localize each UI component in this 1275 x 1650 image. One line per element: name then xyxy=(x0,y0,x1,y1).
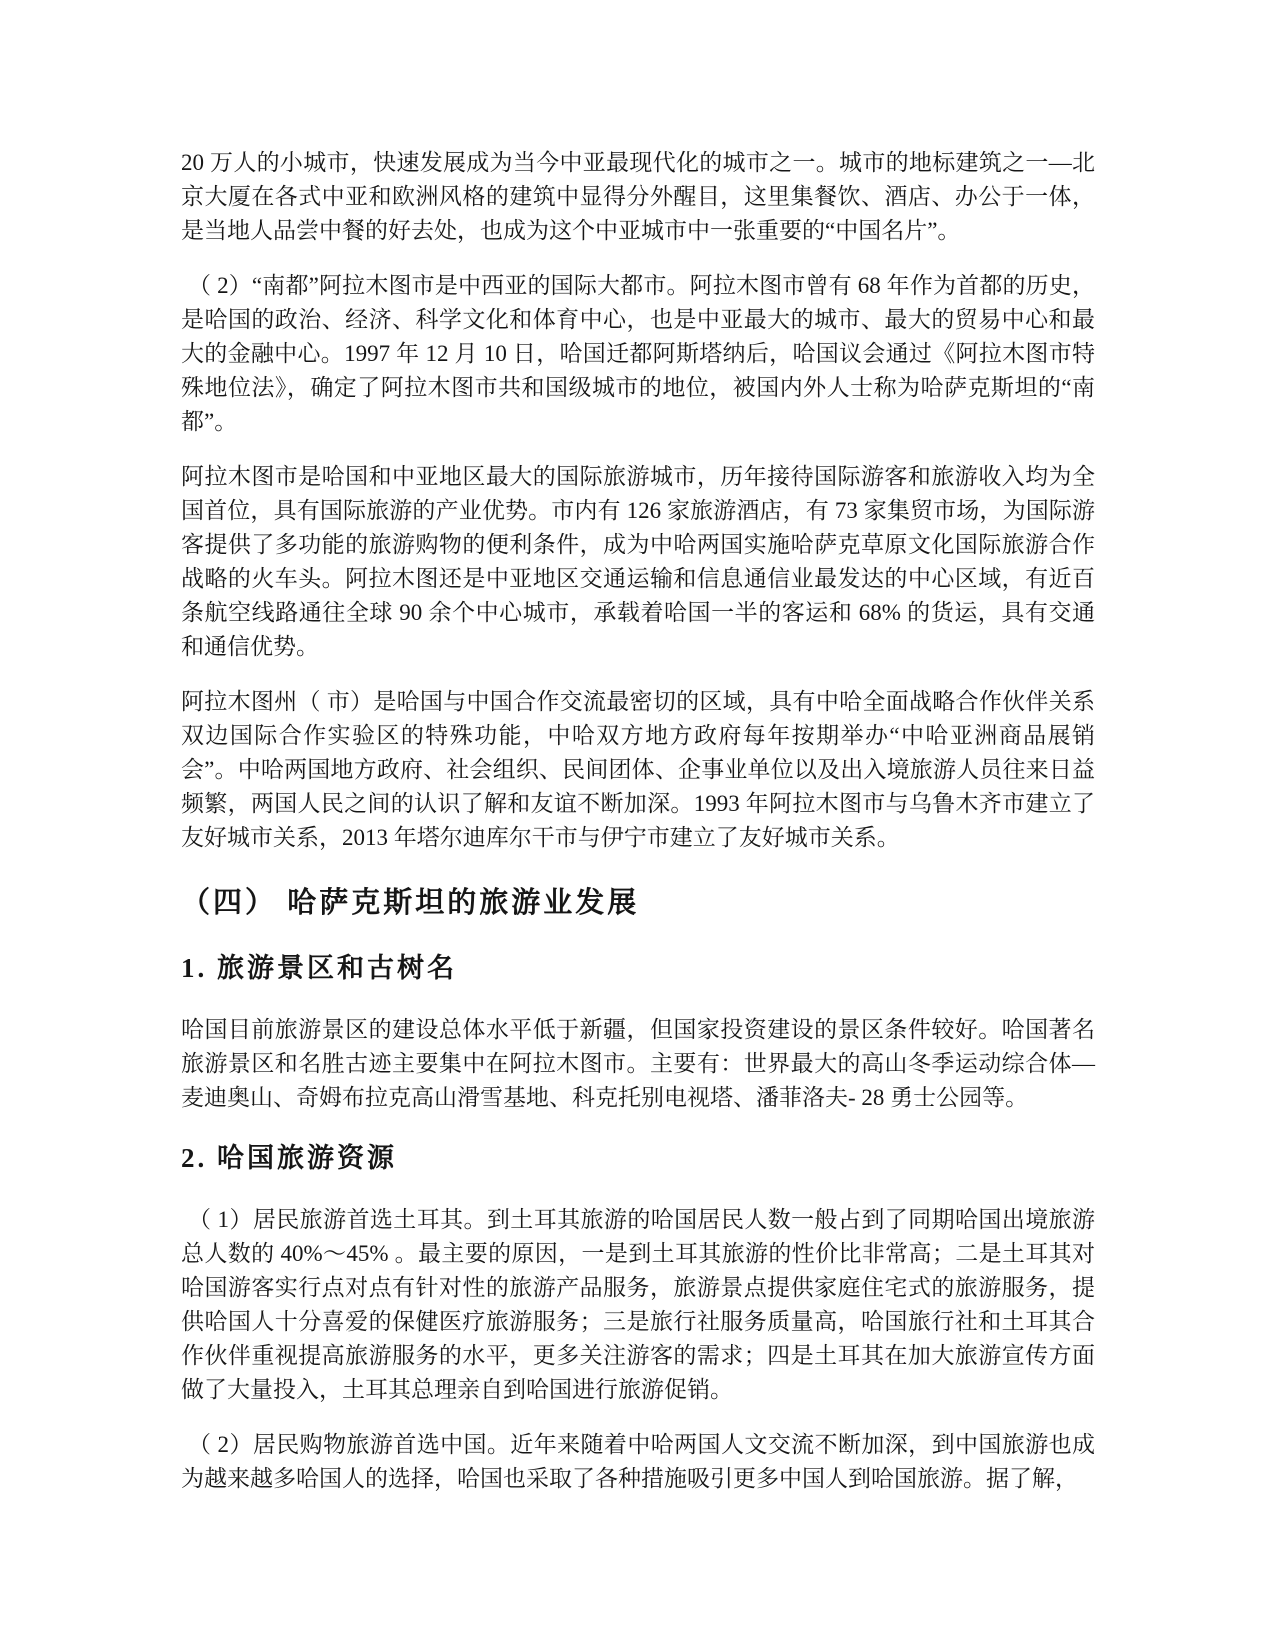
body-paragraph: 阿拉木图州（ 市）是哈国与中国合作交流最密切的区域，具有中哈全面战略合作伙伴关系… xyxy=(181,685,1095,855)
body-paragraph: 哈国目前旅游景区的建设总体水平低于新疆，但国家投资建设的景区条件较好。哈国著名旅… xyxy=(181,1013,1095,1115)
subsection-heading-1: 1. 旅游景区和古树名 xyxy=(181,951,1095,985)
subsection-heading-2: 2. 哈国旅游资源 xyxy=(181,1141,1095,1175)
body-paragraph: （ 2）居民购物旅游首选中国。近年来随着中哈两国人文交流不断加深，到中国旅游也成… xyxy=(181,1428,1095,1496)
body-paragraph: （ 1）居民旅游首选土耳其。到土耳其旅游的哈国居民人数一般占到了同期哈国出境旅游… xyxy=(181,1203,1095,1407)
body-paragraph: （ 2）“南都”阿拉木图市是中西亚的国际大都市。阿拉木图市曾有 68 年作为首都… xyxy=(181,269,1095,439)
body-paragraph: 阿拉木图市是哈国和中亚地区最大的国际旅游城市，历年接待国际游客和旅游收入均为全国… xyxy=(181,460,1095,664)
body-paragraph: 20 万人的小城市，快速发展成为当今中亚最现代化的城市之一。城市的地标建筑之一—… xyxy=(181,146,1095,248)
document-page: 20 万人的小城市，快速发展成为当今中亚最现代化的城市之一。城市的地标建筑之一—… xyxy=(0,0,1275,1650)
section-heading-4: （四） 哈萨克斯坦的旅游业发展 xyxy=(181,885,1095,921)
